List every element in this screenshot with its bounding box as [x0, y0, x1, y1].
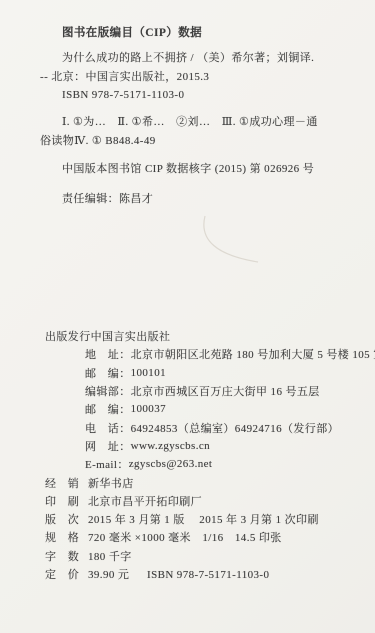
pub-row-website: 网 址： www.zgyscbs.cn [0, 437, 375, 455]
pub-row-price: 定 价 39.90 元 ISBN 978-7-5171-1103-0 [0, 565, 375, 583]
pub-value: 中国言实出版社 [91, 328, 171, 344]
pub-row-email: E-mail： zgyscbs@263.net [0, 455, 375, 473]
publication-info-block: 出版发行 中国言实出版社 地 址： 北京市朝阳区北苑路 180 号加利大厦 5 … [0, 327, 375, 583]
pub-label: 邮 编： [85, 401, 131, 417]
responsible-editor-line: 责任编辑：陈昌才 [62, 193, 153, 206]
pub-label: 经 销 [45, 475, 88, 491]
pub-value: 180 千字 [88, 548, 132, 564]
pub-value: 北京市朝阳区北苑路 180 号加利大厦 5 号楼 105 室 [131, 346, 375, 362]
cip-record-line: 中国版本图书馆 CIP 数据核字 (2015) 第 026926 号 [62, 163, 314, 176]
pub-label: 版 次 [45, 511, 88, 527]
pub-label: 编辑部： [85, 383, 131, 399]
pub-row-word-count: 字 数 180 千字 [0, 547, 375, 565]
cip-classification-line1: Ⅰ. ①为… Ⅱ. ①希… ②刘… Ⅲ. ①成功心理－通 [62, 116, 318, 129]
pub-value: 新华书店 [88, 475, 134, 491]
pub-value: 100101 [131, 367, 166, 379]
pub-row-editorial-dept: 编辑部： 北京市西城区百万庄大街甲 16 号五层 [0, 382, 375, 400]
pub-row-format: 规 格 720 毫米 ×1000 毫米 1/16 14.5 印张 [0, 528, 375, 546]
pub-label: 规 格 [45, 529, 88, 545]
pub-value: 北京市西城区百万庄大街甲 16 号五层 [131, 383, 320, 399]
pub-label: 定 价 [45, 566, 88, 582]
pub-label: 地 址： [85, 346, 131, 362]
book-copyright-page: 图书在版编目（CIP）数据 为什么成功的路上不拥挤 / （美）希尔著；刘铜译. … [0, 0, 375, 633]
pub-row-postcode-2: 邮 编： 100037 [0, 400, 375, 418]
pub-value: 39.90 元 ISBN 978-7-5171-1103-0 [88, 566, 269, 582]
cip-city-publisher-line: -- 北京：中国言实出版社，2015.3 [40, 71, 209, 84]
cip-isbn-line: ISBN 978-7-5171-1103-0 [62, 89, 184, 102]
cip-classification-line2: 俗读物Ⅳ. ① B848.4-49 [40, 135, 156, 148]
pub-row-telephone: 电 话： 64924853（总编室）64924716（发行部） [0, 418, 375, 436]
pub-value: www.zgyscbs.cn [131, 440, 210, 452]
cip-heading: 图书在版编目（CIP）数据 [62, 27, 202, 40]
pub-label: 印 刷 [45, 493, 88, 509]
pub-row-address: 地 址： 北京市朝阳区北苑路 180 号加利大厦 5 号楼 105 室 [0, 345, 375, 363]
pub-label: 电 话： [85, 420, 131, 436]
pub-row-edition: 版 次 2015 年 3 月第 1 版 2015 年 3 月第 1 次印刷 [0, 510, 375, 528]
pub-value: 100037 [131, 403, 166, 415]
pub-row-printer: 印 刷 北京市昌平开拓印刷厂 [0, 492, 375, 510]
pub-row-publisher: 出版发行 中国言实出版社 [0, 327, 375, 345]
pub-value: 720 毫米 ×1000 毫米 1/16 14.5 印张 [88, 529, 282, 545]
pub-value: 北京市昌平开拓印刷厂 [88, 493, 202, 509]
pub-label: 出版发行 [45, 328, 91, 344]
pub-label: 网 址： [85, 438, 131, 454]
pub-label: 邮 编： [85, 365, 131, 381]
pub-row-postcode-1: 邮 编： 100101 [0, 364, 375, 382]
cip-title-line: 为什么成功的路上不拥挤 / （美）希尔著；刘铜译. [62, 52, 314, 65]
pub-label: 字 数 [45, 548, 88, 564]
pub-value: 2015 年 3 月第 1 版 2015 年 3 月第 1 次印刷 [88, 511, 319, 527]
pub-row-distributor: 经 销 新华书店 [0, 473, 375, 491]
pub-value: 64924853（总编室）64924716（发行部） [131, 420, 339, 436]
pub-label: E-mail： [85, 456, 129, 472]
pub-value: zgyscbs@263.net [129, 458, 213, 470]
